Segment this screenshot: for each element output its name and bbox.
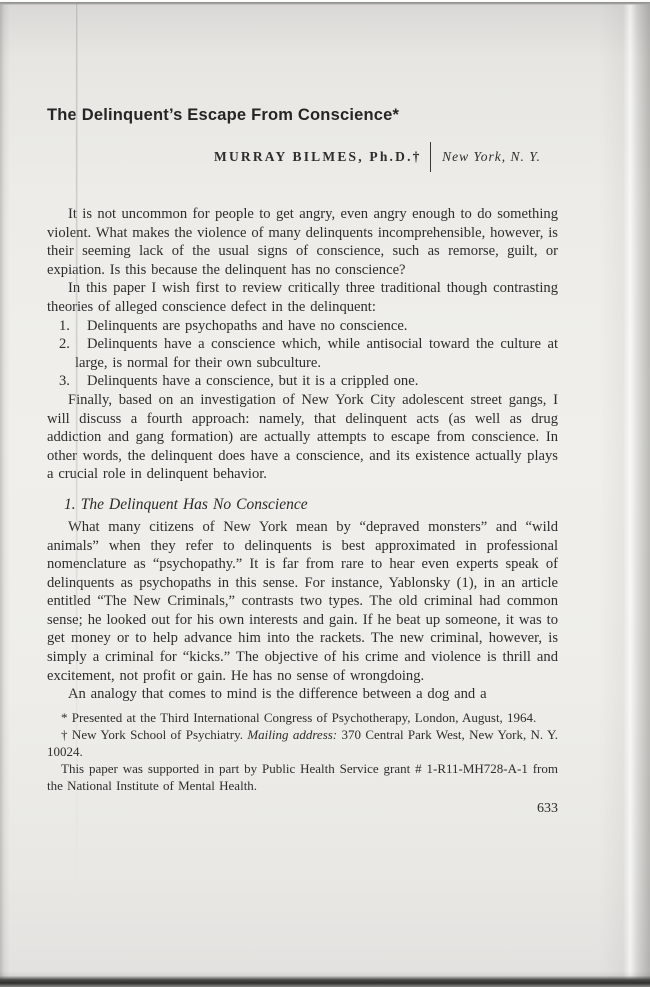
footnote-presented: * Presented at the Third International C… — [47, 709, 558, 726]
list-item-text: Delinquents have a conscience which, whi… — [75, 336, 558, 371]
list-item: 1.Delinquents are psychopaths and have n… — [47, 317, 558, 336]
page-edge-top-line — [0, 0, 650, 5]
scanned-page: The Delinquent’s Escape From Conscience*… — [0, 0, 650, 987]
list-item-text: Delinquents are psychopaths and have no … — [87, 318, 407, 334]
paper-fold-line — [75, 0, 78, 900]
byline-divider-rule — [430, 142, 432, 172]
footnote-grant: This paper was supported in part by Publ… — [47, 760, 558, 794]
intro-paragraph: It is not uncommon for people to get ang… — [47, 205, 558, 279]
page-edge-left-shadow — [0, 0, 10, 987]
page-edge-right-shadow — [598, 0, 650, 987]
footnote-text: New York School of Psychiatry. — [68, 727, 248, 742]
page-number: 633 — [47, 801, 558, 817]
author-location: New York, N. Y. — [442, 149, 541, 165]
section-1-paragraph: What many citizens of New York mean by “… — [47, 518, 558, 685]
theories-intro-paragraph: In this paper I wish first to review cri… — [47, 279, 558, 316]
list-item-number: 1. — [59, 317, 87, 336]
author-byline: MURRAY BILMES, Ph.D.† New York, N. Y. — [214, 142, 558, 172]
footnotes-block: * Presented at the Third International C… — [47, 709, 558, 794]
theories-list: 1.Delinquents are psychopaths and have n… — [47, 317, 558, 391]
list-item: 3.Delinquents have a conscience, but it … — [47, 372, 558, 391]
list-item: 2.Delinquents have a conscience which, w… — [47, 335, 558, 372]
section-1-heading: 1. The Delinquent Has No Conscience — [47, 495, 558, 515]
footnote-text: Presented at the Third International Con… — [68, 710, 537, 725]
footnote-affiliation: † New York School of Psychiatry. Mailing… — [47, 726, 558, 760]
author-name: MURRAY BILMES, Ph.D.† — [214, 149, 422, 165]
dagger-footnote-symbol: † — [61, 727, 68, 742]
analogy-paragraph: An analogy that comes to mind is the dif… — [47, 685, 558, 704]
list-item-number: 3. — [59, 372, 87, 391]
list-item-text: Delinquents have a conscience, but it is… — [87, 373, 418, 389]
text-column: The Delinquent’s Escape From Conscience*… — [47, 0, 558, 817]
list-item-number: 2. — [59, 335, 87, 354]
fourth-approach-paragraph: Finally, based on an investigation of Ne… — [47, 391, 558, 484]
page-edge-bottom-band — [0, 971, 650, 987]
mailing-address-label: Mailing address: — [247, 727, 337, 742]
page-title: The Delinquent’s Escape From Conscience* — [47, 106, 558, 125]
article-body: It is not uncommon for people to get ang… — [47, 205, 558, 704]
